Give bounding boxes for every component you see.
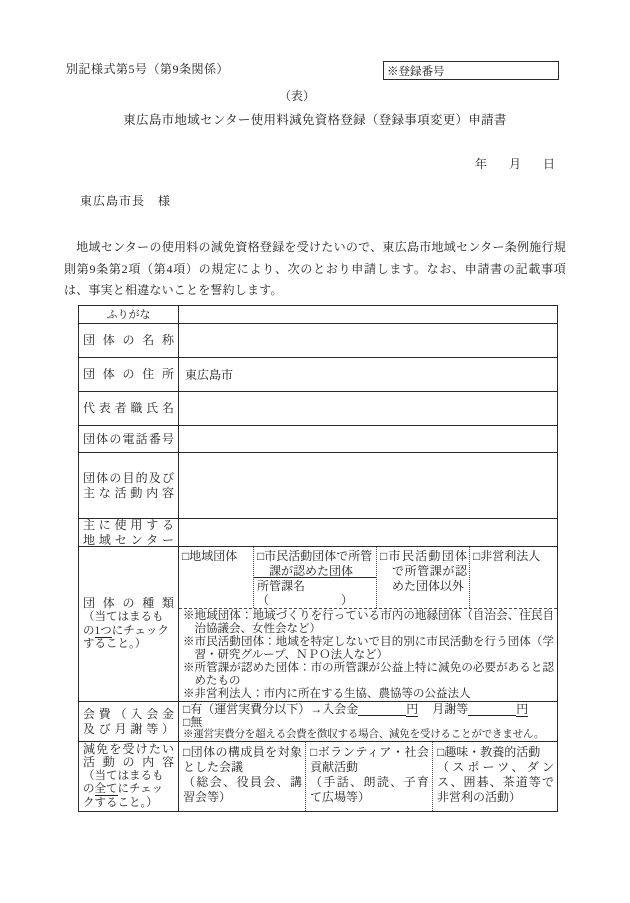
furigana-field[interactable] <box>179 306 557 323</box>
group-name-label: 団体の名称 <box>83 333 174 348</box>
checkbox-icon: □ <box>183 745 191 759</box>
note-approved-group: ※所管課が認めた団体：市の所管課が公益上特に減免の必要があると認めたもの <box>183 662 554 688</box>
main-center-label-line1: 主に使用する <box>83 518 174 533</box>
group-type-options: □地域団体 □市民活動団体で所管課が認めた団体 所管課名 （ ） □市民活動団体… <box>179 547 557 609</box>
check-one-emphasis: 1つ <box>95 625 112 638</box>
row-group-type: 団体の種類 （当てはまるもの1つにチェックすること。） □地域団体 □市民活動団… <box>79 546 557 701</box>
group-address-field[interactable]: 東広島市 <box>179 358 557 391</box>
addressee-line: 東広島市長 様 <box>80 192 171 209</box>
supervising-division-field[interactable]: 所管課名 （ ） <box>254 578 376 608</box>
group-type-col2: □市民活動団体で所管課が認めた団体 所管課名 （ ） <box>254 547 377 608</box>
admission-fee-blank[interactable] <box>358 702 406 716</box>
row-phone: 団体の電話番号 <box>79 425 557 452</box>
purpose-label-cell: 団体の目的及び 主な活動内容 <box>79 453 179 518</box>
activities-options: □団体の構成員を対象とした会議 （総会、役員会、講習会等） □ボランティア・社会… <box>179 742 557 811</box>
group-type-content: □地域団体 □市民活動団体で所管課が認めた団体 所管課名 （ ） □市民活動団体… <box>179 547 557 701</box>
note-local-group: ※地域団体：地域づくりを行っている市内の地縁団体（自治会、住民自治協議会、女性会… <box>183 610 554 636</box>
fee-content: □有（運営実費分以下）→入会金円月謝等円 □無 ※運営実費分を超える会費を徴収す… <box>179 702 557 741</box>
date-line: 年 月 日 <box>475 155 555 172</box>
check-all-emphasis: 全て <box>95 783 118 796</box>
note-nonprofit-corp: ※非営利法人：市内に所在する生協、農協等の公益法人 <box>183 688 554 701</box>
row-furigana: ふりがな <box>79 306 557 323</box>
supervising-division-parens: （ ） <box>257 593 374 607</box>
fee-label-line1: 会費（入会金 <box>83 707 174 722</box>
group-type-label: 団体の種類 <box>83 596 174 611</box>
checkbox-icon: □ <box>310 745 318 759</box>
main-center-field[interactable] <box>179 519 557 546</box>
group-name-field[interactable] <box>179 324 557 357</box>
main-center-label-line2: 地域センター <box>83 533 174 548</box>
checkbox-civic-group-approved[interactable]: □市民活動団体で所管課が認めた団体 <box>254 547 376 578</box>
activities-label-note: （当てはまるもの全てにチェックすること。） <box>83 770 174 811</box>
activities-label-line2: 活動の内容 <box>83 756 174 770</box>
checkbox-volunteer-activities[interactable]: □ボランティア・社会貢献活動 （手話、朗読、子育て広場等） <box>306 742 433 811</box>
furigana-label-cell: ふりがな <box>79 306 179 323</box>
date-day-label: 日 <box>543 155 555 172</box>
activities-label-cell: 減免を受けたい 活動の内容 （当てはまるもの全てにチェックすること。） <box>79 742 179 811</box>
row-activities: 減免を受けたい 活動の内容 （当てはまるもの全てにチェックすること。） □団体の… <box>79 741 557 811</box>
checkbox-hobby-activities[interactable]: □趣味・教養的活動 （スポーツ、ダンス、囲碁、茶道等で非営利の活動） <box>433 742 557 811</box>
form-title: 東広島市地域センター使用料減免資格登録（登録事項変更）申請書 <box>0 110 630 128</box>
phone-label-cell: 団体の電話番号 <box>79 426 179 452</box>
phone-label: 団体の電話番号 <box>83 432 174 447</box>
fee-option-no[interactable]: □無 <box>183 716 553 729</box>
form-number-label: 別記様式第5号（第9条関係） <box>66 60 229 77</box>
checkbox-local-group[interactable]: □地域団体 <box>179 547 254 608</box>
purpose-label-line1: 団体の目的及び <box>83 471 174 486</box>
purpose-label-line2: 主な活動内容 <box>83 486 174 501</box>
fee-label-line2: 及び月謝等） <box>83 722 174 737</box>
group-name-label-cell: 団体の名称 <box>79 324 179 357</box>
checkbox-icon: □ <box>380 549 389 563</box>
group-type-label-note: （当てはまるもの1つにチェックすること。） <box>83 611 174 652</box>
front-side-label: （表） <box>0 87 594 104</box>
row-group-address: 団体の住所 東広島市 <box>79 357 557 391</box>
checkbox-member-meetings[interactable]: □団体の構成員を対象とした会議 （総会、役員会、講習会等） <box>179 742 306 811</box>
supervising-division-label: 所管課名 <box>257 579 374 593</box>
phone-field[interactable] <box>179 426 557 452</box>
registration-number-label: ※登録番号 <box>387 66 445 78</box>
group-type-notes: ※地域団体：地域づくりを行っている市内の地縁団体（自治会、住民自治協議会、女性会… <box>179 609 557 701</box>
fee-label-cell: 会費（入会金 及び月謝等） <box>79 702 179 741</box>
application-statement: 地域センターの使用料の減免資格登録を受けたいので、東広島市地域センター条例施行規… <box>64 237 566 302</box>
representative-field[interactable] <box>179 392 557 425</box>
checkbox-civic-group-other[interactable]: □市民活動団体で所管課が認めた団体以外 <box>377 547 470 608</box>
checkbox-nonprofit-corp[interactable]: □非営利法人 <box>470 547 557 608</box>
group-address-label-cell: 団体の住所 <box>79 358 179 391</box>
note-civic-group: ※市民活動団体：地域を特定しないで目的別に市民活動を行う団体（学習・研究グループ… <box>183 636 554 662</box>
monthly-fee-blank[interactable] <box>468 702 516 716</box>
group-type-label-cell: 団体の種類 （当てはまるもの1つにチェックすること。） <box>79 547 179 701</box>
purpose-field[interactable] <box>179 453 557 518</box>
registration-number-field[interactable]: ※登録番号 <box>383 61 559 80</box>
furigana-label: ふりがな <box>83 308 174 322</box>
main-center-label-cell: 主に使用する 地域センター <box>79 519 179 546</box>
row-purpose: 団体の目的及び 主な活動内容 <box>79 452 557 518</box>
row-fee: 会費（入会金 及び月謝等） □有（運営実費分以下）→入会金円月謝等円 □無 ※運… <box>79 701 557 741</box>
row-group-name: 団体の名称 <box>79 323 557 357</box>
fee-option-yes[interactable]: □有（運営実費分以下）→入会金円月謝等円 <box>183 702 553 716</box>
fee-note: ※運営実費分を超える会費を徴収する場合、減免を受けることができません。 <box>183 729 553 741</box>
row-main-center: 主に使用する 地域センター <box>79 518 557 546</box>
date-year-label: 年 <box>475 155 487 172</box>
application-table: ふりがな 団体の名称 団体の住所 東広島市 代表者職氏名 <box>78 305 558 812</box>
group-address-label: 団体の住所 <box>83 367 174 382</box>
row-representative: 代表者職氏名 <box>79 391 557 425</box>
representative-label-cell: 代表者職氏名 <box>79 392 179 425</box>
representative-label: 代表者職氏名 <box>83 401 174 416</box>
form-page: 別記様式第5号（第9条関係） ※登録番号 （表） 東広島市地域センター使用料減免… <box>0 0 630 903</box>
date-month-label: 月 <box>509 155 521 172</box>
